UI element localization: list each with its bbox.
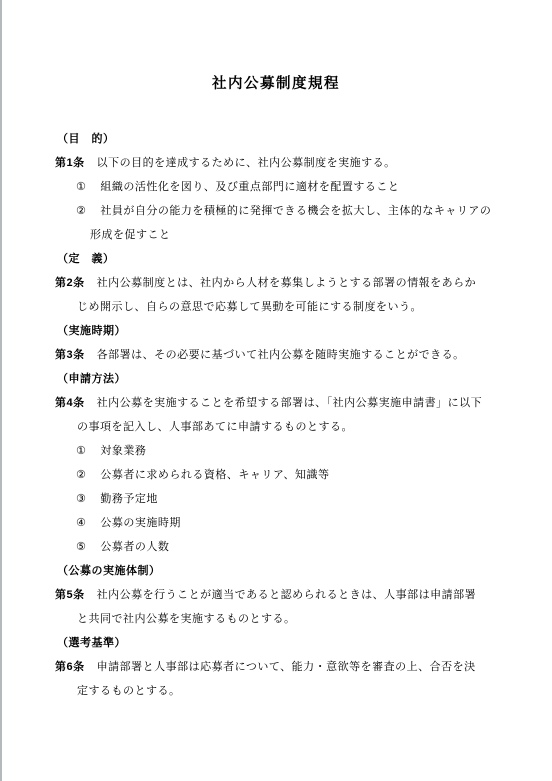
line-text: （目 的） [57,133,115,145]
document-title: 社内公募制度規程 [0,72,552,96]
section-heading: （目 的） [0,127,552,151]
line-text: （実施時期） [57,325,126,337]
line-text: 公募の実施時期 [100,517,181,529]
line-text: じめ開示し、自らの意思で応募して異動を可能にする制度をいう。 [77,301,422,313]
article-paragraph-continuation: じめ開示し、自らの意思で応募して異動を可能にする制度をいう。 [0,295,552,319]
numbered-item: ①対象業務 [0,439,552,463]
line-text: の事項を記入し、人事部あてに申請するものとする。 [77,421,353,433]
line-text: 定するものとする。 [77,685,181,697]
section-heading: （公募の実施体制） [0,559,552,583]
section-heading: （定 義） [0,247,552,271]
page-left-edge [0,0,2,781]
article-paragraph: 第6条申請部署と人事部は応募者について、能力・意欲等を審査の上、合否を決 [0,655,552,679]
article-number-label: 第5条 [55,589,85,601]
section-heading: （選考基準） [0,631,552,655]
numbered-item-continuation: 形成を促すこと [0,223,552,247]
line-text: 社内公募制度とは、社内から人材を募集しようとする部署の情報をあらか [97,277,477,289]
article-number-label: 第1条 [55,157,85,169]
document-body: （目 的）第1条以下の目的を達成するために、社内公募制度を実施する。①組織の活性… [0,127,552,703]
article-number-label: 第6条 [55,661,85,673]
circled-number: ④ [76,517,86,529]
line-text: （公募の実施体制） [57,565,161,577]
section-heading: （実施時期） [0,319,552,343]
line-text: 各部署は、その必要に基づいて社内公募を随時実施することができる。 [97,349,465,361]
article-paragraph-continuation: 定するものとする。 [0,679,552,703]
line-text: と共同で社内公募を実施するものとする。 [77,613,296,625]
line-text: 公募者の人数 [100,541,169,553]
line-text: （選考基準） [57,637,126,649]
article-number-label: 第3条 [55,349,85,361]
article-paragraph: 第4条社内公募を実施することを希望する部署は、「社内公募実施申請書」に以下 [0,391,552,415]
line-text: 勤務予定地 [100,493,158,505]
numbered-item: ①組織の活性化を図り、及び重点部門に適材を配置すること [0,175,552,199]
article-paragraph: 第5条社内公募を行うことが適当であると認められるときは、人事部は申請部署 [0,583,552,607]
article-paragraph-continuation: の事項を記入し、人事部あてに申請するものとする。 [0,415,552,439]
document-page: 社内公募制度規程 （目 的）第1条以下の目的を達成するために、社内公募制度を実施… [0,0,552,781]
article-paragraph: 第2条社内公募制度とは、社内から人材を募集しようとする部署の情報をあらか [0,271,552,295]
line-text: 以下の目的を達成するために、社内公募制度を実施する。 [97,157,396,169]
article-number-label: 第4条 [55,397,85,409]
numbered-item: ④公募の実施時期 [0,511,552,535]
line-text: （申請方法） [57,373,126,385]
article-paragraph-continuation: と共同で社内公募を実施するものとする。 [0,607,552,631]
section-heading: （申請方法） [0,367,552,391]
line-text: 形成を促すこと [90,229,171,241]
article-paragraph: 第1条以下の目的を達成するために、社内公募制度を実施する。 [0,151,552,175]
line-text: 対象業務 [100,445,146,457]
circled-number: ② [76,205,86,217]
line-text: 公募者に求められる資格、キャリア、知識等 [100,469,329,481]
circled-number: ⑤ [76,541,86,553]
circled-number: ① [76,445,86,457]
circled-number: ① [76,181,86,193]
article-number-label: 第2条 [55,277,85,289]
line-text: 社内公募を実施することを希望する部署は、「社内公募実施申請書」に以下 [97,397,483,409]
circled-number: ② [76,469,86,481]
line-text: （定 義） [57,253,115,265]
line-text: 申請部署と人事部は応募者について、能力・意欲等を審査の上、合否を決 [97,661,476,673]
numbered-item: ③勤務予定地 [0,487,552,511]
article-paragraph: 第3条各部署は、その必要に基づいて社内公募を随時実施することができる。 [0,343,552,367]
line-text: 社内公募を行うことが適当であると認められるときは、人事部は申請部署 [97,589,477,601]
circled-number: ③ [76,493,86,505]
numbered-item: ⑤公募者の人数 [0,535,552,559]
line-text: 社員が自分の能力を積極的に発揮できる機会を拡大し、主体的なキャリアの [100,205,491,217]
line-text: 組織の活性化を図り、及び重点部門に適材を配置すること [100,181,399,193]
numbered-item: ②社員が自分の能力を積極的に発揮できる機会を拡大し、主体的なキャリアの [0,199,552,223]
numbered-item: ②公募者に求められる資格、キャリア、知識等 [0,463,552,487]
